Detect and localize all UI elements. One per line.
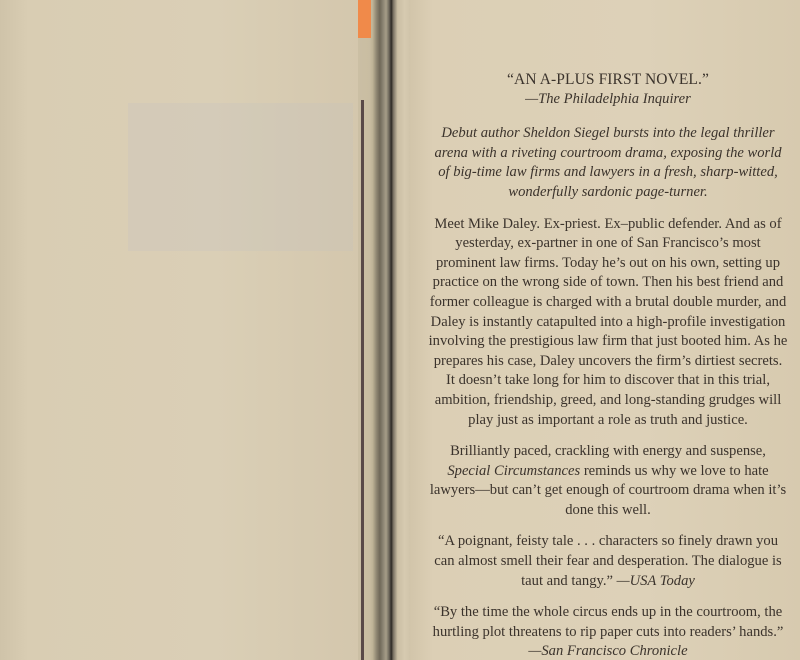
review-quote-usa-today: “A poignant, feisty tale . . . character… [428, 532, 788, 591]
praise-lead: Brilliantly paced, crackling with energy… [450, 443, 766, 459]
review-quote-sf-chronicle: “By the time the whole circus ends up in… [428, 603, 788, 660]
spine-crease [361, 100, 364, 660]
quote-text: “A poignant, feisty tale . . . character… [434, 533, 781, 588]
intro-paragraph: Debut author Sheldon Siegel bursts into … [428, 124, 788, 202]
show-through-mark [128, 103, 353, 251]
book-spine-gutter [358, 0, 410, 660]
synopsis-paragraph: Meet Mike Daley. Ex-priest. Ex–public de… [428, 215, 788, 431]
praise-paragraph: Brilliantly paced, crackling with energy… [428, 442, 788, 520]
quote-source: —USA Today [617, 573, 695, 589]
orange-page-tab [358, 0, 371, 38]
book-spread: “AN A-PLUS FIRST NOVEL.” —The Philadelph… [0, 0, 800, 660]
headline-attribution: —The Philadelphia Inquirer [428, 90, 788, 110]
left-page-blank [0, 0, 358, 660]
back-cover-copy: “AN A-PLUS FIRST NOVEL.” —The Philadelph… [428, 70, 788, 660]
headline-quote: “AN A-PLUS FIRST NOVEL.” [428, 70, 788, 90]
book-title: Special Circumstances [447, 463, 580, 479]
quote-text: “By the time the whole circus ends up in… [433, 604, 784, 640]
quote-source: —San Francisco Chronicle [528, 643, 687, 659]
